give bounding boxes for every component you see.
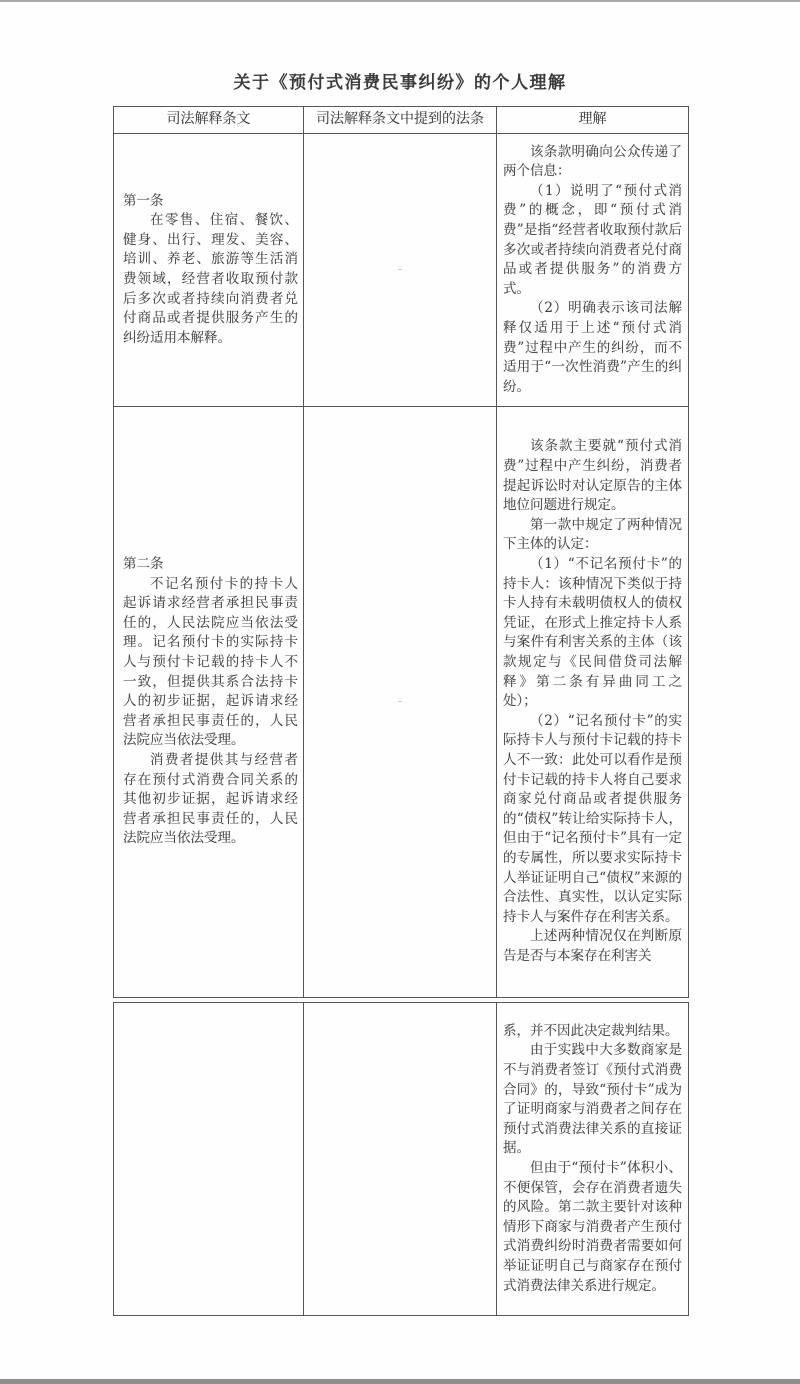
understanding-paragraph-continuation: 系，并不因此决定裁判结果。 — [503, 1022, 682, 1042]
cell-article2-provision: 第二条 不记名预付卡的持卡人起诉请求经营者承担民事责任的，人民法院应当依法受理。… — [114, 407, 304, 998]
document-page: 关于《预付式消费民事纠纷》的个人理解 司法解释条文 司法解释条文中提到的法条 理… — [0, 0, 800, 1384]
understanding-paragraph: 但由于“预付卡”体积小、不便保管，会存在消费者遗失的风险。第二款主要针对该种情形… — [503, 1159, 682, 1296]
article-number: 第二条 — [123, 555, 298, 575]
dash-placeholder: - — [398, 262, 402, 276]
cell-continuation-understanding: 系，并不因此决定裁判结果。 由于实践中大多数商家是不与消费者签订《预付式消费合同… — [497, 1003, 689, 1316]
column-header-provision: 司法解释条文 — [114, 107, 304, 134]
interpretation-table-continued: 系，并不因此决定裁判结果。 由于实践中大多数商家是不与消费者签订《预付式消费合同… — [113, 1002, 689, 1316]
table-row-continuation: 系，并不因此决定裁判结果。 由于实践中大多数商家是不与消费者签订《预付式消费合同… — [114, 1003, 689, 1316]
understanding-paragraph: 上述两种情况仅在判断原告是否与本案存在利害关 — [503, 927, 682, 966]
understanding-paragraph: 该条款主要就“预付式消费”过程中产生纠纷，消费者提起诉讼时对认定原告的主体地位问… — [503, 437, 682, 515]
cell-continuation-provision — [114, 1003, 304, 1316]
top-edge-line — [0, 0, 800, 2]
cell-article1-understanding: 该条款明确向公众传递了两个信息： （1）说明了“预付式消费”的概念，即“预付式消… — [497, 134, 689, 407]
interpretation-table: 司法解释条文 司法解释条文中提到的法条 理解 第一条 在零售、住宿、餐饮、健身、… — [113, 106, 689, 998]
understanding-paragraph: （2）明确表示该司法解释仅适用于上述“预付式消费”过程中产生的纠纷，而不适用于“… — [503, 299, 682, 397]
cell-article2-understanding: 该条款主要就“预付式消费”过程中产生纠纷，消费者提起诉讼时对认定原告的主体地位问… — [497, 407, 689, 998]
provision-paragraph: 在零售、住宿、餐饮、健身、出行、理发、美容、培训、养老、旅游等生活消费领域，经营… — [123, 211, 298, 348]
page-title: 关于《预付式消费民事纠纷》的个人理解 — [0, 0, 800, 93]
understanding-paragraph: 该条款明确向公众传递了两个信息： — [503, 143, 682, 182]
understanding-paragraph: （1）说明了“预付式消费”的概念，即“预付式消费”是指“经营者收取预付款后多次或… — [503, 182, 682, 300]
dash-placeholder: - — [398, 694, 402, 708]
understanding-paragraph: （2）“记名预付卡”的实际持卡人与预付卡记载的持卡人不一致：此处可以看作是预付卡… — [503, 712, 682, 928]
article-number: 第一条 — [123, 192, 298, 212]
understanding-paragraph: 由于实践中大多数商家是不与消费者签订《预付式消费合同》的，导致“预付卡”成为了证… — [503, 1041, 682, 1159]
table-area: 司法解释条文 司法解释条文中提到的法条 理解 第一条 在零售、住宿、餐饮、健身、… — [113, 106, 688, 1316]
table-row-article-2: 第二条 不记名预付卡的持卡人起诉请求经营者承担民事责任的，人民法院应当依法受理。… — [114, 407, 689, 998]
column-header-cited-articles: 司法解释条文中提到的法条 — [304, 107, 497, 134]
cell-article1-cited-articles: - — [304, 134, 497, 407]
table-row-article-1: 第一条 在零售、住宿、餐饮、健身、出行、理发、美容、培训、养老、旅游等生活消费领… — [114, 134, 689, 407]
cell-article2-cited-articles: - — [304, 407, 497, 998]
bottom-edge-bar — [0, 1379, 800, 1384]
provision-paragraph: 不记名预付卡的持卡人起诉请求经营者承担民事责任的，人民法院应当依法受理。记名预付… — [123, 575, 298, 751]
header-row: 司法解释条文 司法解释条文中提到的法条 理解 — [114, 107, 689, 134]
cell-article1-provision: 第一条 在零售、住宿、餐饮、健身、出行、理发、美容、培训、养老、旅游等生活消费领… — [114, 134, 304, 407]
cell-continuation-cited-articles — [304, 1003, 497, 1316]
understanding-paragraph: （1）“不记名预付卡”的持卡人：该种情况下类似于持卡人持有未载明债权人的债权凭证… — [503, 555, 682, 712]
column-header-understanding: 理解 — [497, 107, 689, 134]
understanding-paragraph: 第一款中规定了两种情况下主体的认定： — [503, 516, 682, 555]
provision-paragraph: 消费者提供其与经营者存在预付式消费合同关系的其他初步证据，起诉请求经营者承担民事… — [123, 751, 298, 849]
